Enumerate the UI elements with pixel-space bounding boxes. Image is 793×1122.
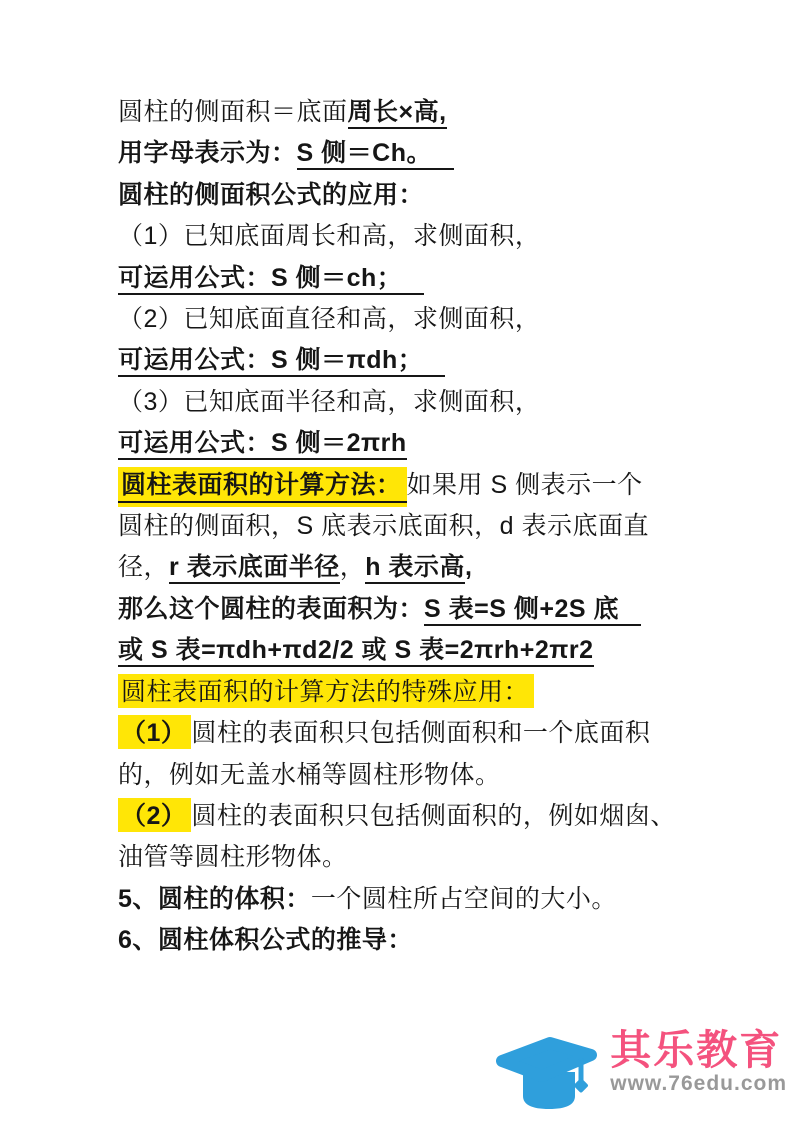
- brand-text-block: 其乐教育 www.76edu.com: [610, 1028, 787, 1096]
- text-segment: 可运用公式：S 侧＝πdh；: [118, 346, 445, 377]
- text-line: 的，例如无盖水桶等圆柱形物体。: [118, 755, 763, 796]
- text-line: 或 S 表=πdh+πd2/2 或 S 表=2πrh+2πr2: [118, 630, 763, 671]
- text-line: 5、圆柱的体积：一个圆柱所占空间的大小。: [118, 879, 763, 920]
- text-segment: 那么这个圆柱的表面积为：: [118, 595, 424, 623]
- brand-watermark: 其乐教育 www.76edu.com: [486, 1028, 787, 1116]
- text-segment: ,: [465, 553, 472, 581]
- text-segment: 圆柱的侧面积公式的应用：: [118, 181, 424, 209]
- brand-text: 其乐教育: [610, 1028, 787, 1072]
- text-line: 圆柱的侧面积公式的应用：: [118, 175, 763, 216]
- graduation-cap-icon: [486, 1030, 606, 1116]
- text-segment: 圆柱表面积的计算方法：: [118, 467, 407, 503]
- text-segment: 圆柱表面积的计算方法的特殊应用：: [118, 674, 534, 708]
- text-segment: 油管等圆柱形物体。: [118, 843, 348, 871]
- text-line: 可运用公式：S 侧＝2πrh: [118, 423, 763, 464]
- text-segment: 周长×高,: [348, 98, 447, 129]
- text-line: （1）已知底面周长和高，求侧面积，: [118, 216, 763, 257]
- text-segment: r 表示底面半径: [169, 553, 340, 584]
- text-segment: 径，: [118, 553, 169, 581]
- text-line: 圆柱表面积的计算方法：如果用 S 侧表示一个: [118, 465, 763, 506]
- text-segment: （1）: [118, 715, 191, 749]
- text-segment: 圆柱的侧面积，S 底表示底面积，d 表示底面直: [118, 512, 649, 540]
- document-page: 圆柱的侧面积＝底面周长×高,用字母表示为：S 侧＝Ch。圆柱的侧面积公式的应用：…: [0, 0, 793, 1122]
- text-segment: S 侧＝Ch。: [297, 139, 454, 170]
- text-line: 6、圆柱体积公式的推导：: [118, 920, 763, 961]
- text-segment: 5、圆柱的体积：: [118, 885, 311, 913]
- text-segment: 圆柱的表面积只包括侧面积的，例如烟囱、: [191, 802, 676, 830]
- text-line: 可运用公式：S 侧＝ch；: [118, 258, 763, 299]
- text-segment: 圆柱的表面积只包括侧面积和一个底面积: [191, 719, 650, 747]
- text-segment: 可运用公式：S 侧＝ch；: [118, 264, 424, 295]
- text-line: （2）已知底面直径和高，求侧面积，: [118, 299, 763, 340]
- text-segment: （2）: [118, 798, 191, 832]
- text-segment: 6、圆柱体积公式的推导：: [118, 926, 413, 954]
- document-lines: 圆柱的侧面积＝底面周长×高,用字母表示为：S 侧＝Ch。圆柱的侧面积公式的应用：…: [118, 92, 763, 962]
- text-line: 圆柱表面积的计算方法的特殊应用：: [118, 672, 763, 713]
- text-segment: 圆柱的侧面积＝底面: [118, 98, 348, 126]
- text-line: 可运用公式：S 侧＝πdh；: [118, 340, 763, 381]
- text-line: 径，r 表示底面半径，h 表示高,: [118, 547, 763, 588]
- text-segment: 用字母表示为：: [118, 139, 297, 167]
- text-segment: S 表=S 侧+2S 底: [424, 595, 641, 626]
- text-segment: （3）已知底面半径和高，求侧面积，: [118, 388, 540, 416]
- website-url: www.76edu.com: [610, 1072, 787, 1096]
- text-line: 油管等圆柱形物体。: [118, 837, 763, 878]
- text-line: （3）已知底面半径和高，求侧面积，: [118, 382, 763, 423]
- text-line: 用字母表示为：S 侧＝Ch。: [118, 133, 763, 174]
- text-segment: 一个圆柱所占空间的大小。: [311, 885, 617, 913]
- text-line: 圆柱的侧面积，S 底表示底面积，d 表示底面直: [118, 506, 763, 547]
- text-segment: （2）已知底面直径和高，求侧面积，: [118, 305, 540, 333]
- text-segment: h 表示高: [365, 553, 465, 584]
- text-segment: ，: [340, 553, 366, 581]
- text-segment: 或 S 表=πdh+πd2/2 或 S 表=2πrh+2πr2: [118, 636, 594, 667]
- text-line: 圆柱的侧面积＝底面周长×高,: [118, 92, 763, 133]
- text-segment: 如果用 S 侧表示一个: [407, 471, 643, 499]
- text-segment: 的，例如无盖水桶等圆柱形物体。: [118, 761, 501, 789]
- text-segment: （1）已知底面周长和高，求侧面积，: [118, 222, 540, 250]
- text-line: （2）圆柱的表面积只包括侧面积的，例如烟囱、: [118, 796, 763, 837]
- text-line: 那么这个圆柱的表面积为：S 表=S 侧+2S 底: [118, 589, 763, 630]
- text-line: （1）圆柱的表面积只包括侧面积和一个底面积: [118, 713, 763, 754]
- text-segment: 可运用公式：S 侧＝2πrh: [118, 429, 407, 460]
